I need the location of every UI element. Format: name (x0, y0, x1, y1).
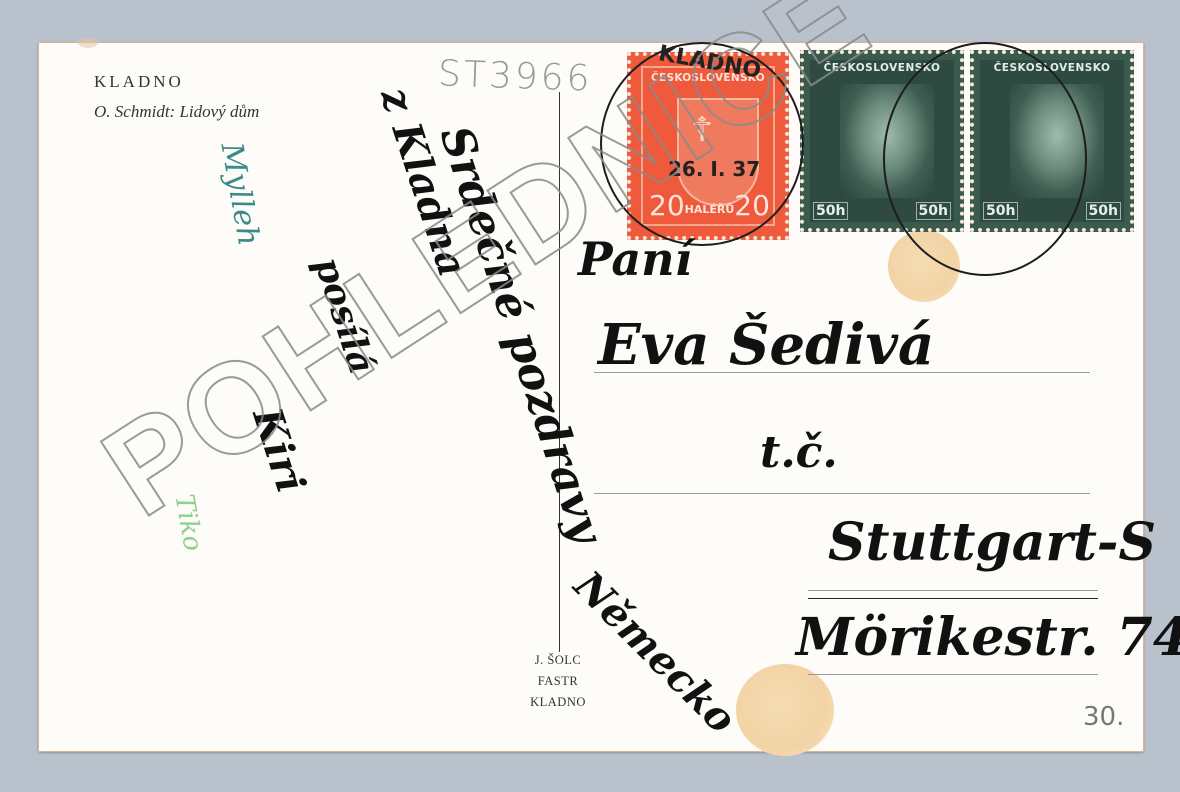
address-line2: t.č. (760, 427, 838, 478)
value-left: 50h (813, 202, 848, 220)
publisher-city: KLADNO (508, 692, 608, 713)
card-title: KLADNO (94, 72, 184, 92)
address-line (594, 493, 1090, 494)
address-line (808, 674, 1098, 675)
green-note: Mylleh (214, 140, 267, 248)
address-line (808, 590, 1098, 591)
publisher-name: J. ŠOLC (508, 650, 608, 671)
stock-number: ST3966 (437, 53, 593, 99)
edge-stain (78, 38, 98, 48)
value-right: 50h (1086, 202, 1121, 220)
card-subtitle: O. Schmidt: Lidový dům (94, 102, 259, 122)
stain (736, 664, 834, 756)
address-name: Eva Šedivá (598, 312, 934, 378)
publisher-imprint: J. ŠOLC FASTR KLADNO (508, 650, 608, 713)
address-street: Mörikestr. 74 (796, 607, 1180, 668)
address-city: Stuttgart-S (828, 512, 1156, 573)
postmark (883, 42, 1087, 276)
price-note: 30. (1083, 702, 1124, 732)
address-line (808, 598, 1098, 599)
publisher-line: FASTR (508, 671, 608, 692)
postcard: KLADNO O. Schmidt: Lidový dům ST3966 30.… (38, 42, 1144, 752)
